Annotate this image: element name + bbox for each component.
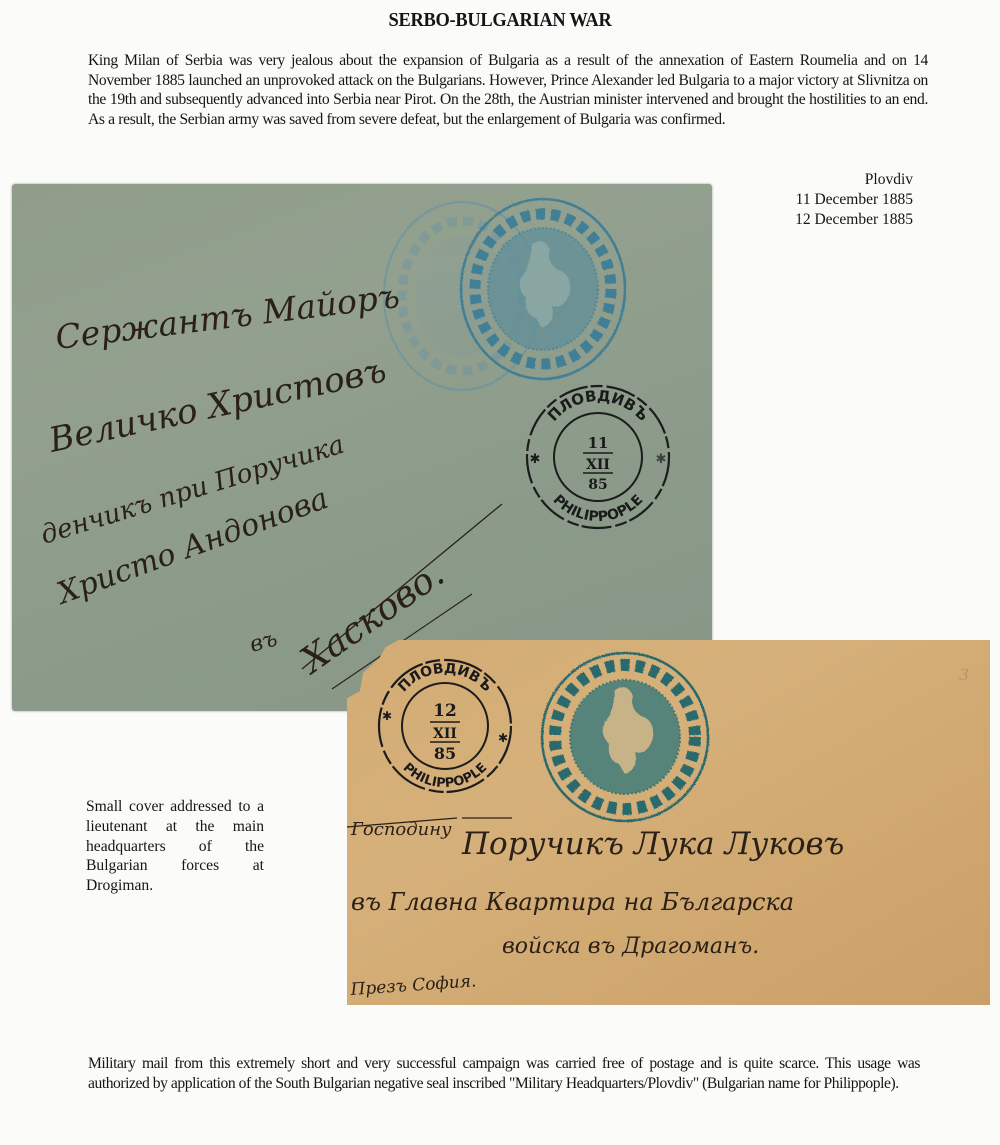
svg-text:85: 85 — [588, 477, 607, 493]
svg-text:✱: ✱ — [530, 451, 541, 466]
cover-dates: Plovdiv 11 December 1885 12 December 188… — [740, 170, 913, 230]
date-first: 11 December 1885 — [740, 190, 913, 210]
svg-text:11: 11 — [588, 434, 609, 452]
svg-text:въ: въ — [247, 627, 280, 658]
svg-text:ПЛОВДИВЪ: ПЛОВДИВЪ — [544, 387, 652, 425]
svg-text:85: 85 — [434, 744, 456, 763]
green-cover: ПЛОВДИВЪ PHILIPPOPLE 11 XII 85 ✱ ✱ Сержа… — [12, 184, 712, 711]
postmark-plovdiv-11-dec: ПЛОВДИВЪ PHILIPPOPLE 11 XII 85 ✱ ✱ — [527, 386, 669, 528]
svg-text:Поручикъ Лука Луковъ: Поручикъ Лука Луковъ — [461, 826, 844, 862]
svg-text:войска въ Драгоманъ.: войска въ Драгоманъ. — [502, 934, 759, 959]
svg-text:Презъ София.: Презъ София. — [349, 971, 477, 1000]
military-seal-icon — [542, 653, 708, 821]
svg-text:✱: ✱ — [382, 709, 392, 723]
svg-text:12: 12 — [433, 701, 457, 721]
svg-text:Сержантъ Майоръ: Сержантъ Майоръ — [53, 276, 401, 357]
cover-caption: Small cover addressed to a lieutenant at… — [86, 797, 264, 896]
intro-paragraph: King Milan of Serbia was very jealous ab… — [88, 51, 928, 129]
svg-text:PHILIPPOPLE: PHILIPPOPLE — [400, 760, 490, 791]
tan-cover-artwork: ПЛОВДИВЪ PHILIPPOPLE 12 XII 85 ✱ ✱ 3 Гос… — [347, 640, 990, 1005]
svg-text:✱: ✱ — [656, 451, 667, 466]
footer-paragraph: Military mail from this extremely short … — [88, 1054, 920, 1093]
green-cover-artwork: ПЛОВДИВЪ PHILIPPOPLE 11 XII 85 ✱ ✱ Сержа… — [12, 184, 712, 711]
svg-text:XII: XII — [433, 726, 457, 742]
place-name: Plovdiv — [740, 170, 913, 190]
page-title: SERBO-BULGARIAN WAR — [40, 9, 960, 32]
postmark-plovdiv-12-dec: ПЛОВДИВЪ PHILIPPOPLE 12 XII 85 ✱ ✱ — [379, 660, 511, 792]
corner-mark: 3 — [959, 665, 969, 684]
svg-text:✱: ✱ — [498, 731, 508, 745]
intro-text: King Milan of Serbia was very jealous ab… — [88, 51, 928, 129]
svg-text:въ Главна Квартира на Българск: въ Главна Квартира на Българска — [351, 888, 794, 916]
svg-text:XII: XII — [586, 457, 610, 473]
date-second: 12 December 1885 — [740, 210, 913, 230]
tan-cover-address: Господину Поручикъ Лука Луковъ въ Главна… — [347, 818, 844, 1000]
tan-cover: ПЛОВДИВЪ PHILIPPOPLE 12 XII 85 ✱ ✱ 3 Гос… — [347, 640, 990, 1005]
svg-text:ПЛОВДИВЪ: ПЛОВДИВЪ — [395, 661, 494, 695]
